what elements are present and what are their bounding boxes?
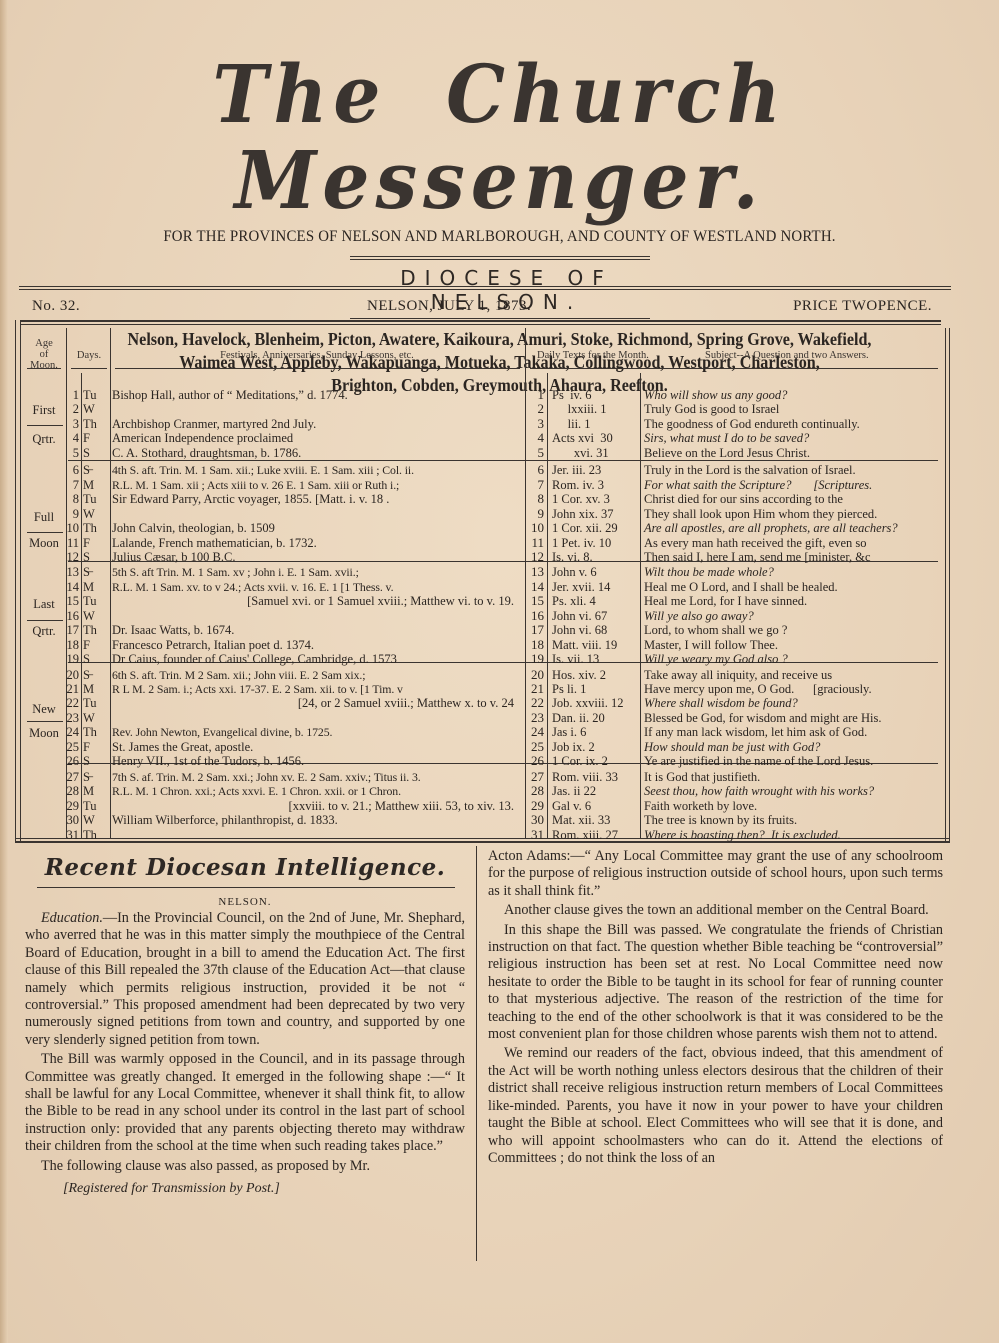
text-day-number: 10 [526,521,544,536]
day-of-week: W [83,813,107,828]
text-day-number: 17 [526,623,544,638]
scripture-reference: Jas i. 6 [552,725,644,740]
day-of-week: M [83,478,107,493]
header-text: Age [23,338,65,349]
day-of-week: W [83,711,107,726]
calendar-row: 30WWilliam Wilberforce, philanthropist, … [15,813,950,828]
text-day-number: 14 [526,580,544,595]
scripture-reference: xvi. 31 [552,446,644,461]
section-title: Recent Diocesan Intelligence. [25,854,465,881]
daily-text: How should man be just with God? [644,740,936,755]
day-of-week: Th [83,623,107,638]
day-number: 16 [61,609,79,624]
day-of-week: S̶ [83,565,107,580]
calendar-row: 14MR.L. M. 1 Sam. xv. to v 24.; Acts xvi… [15,580,950,595]
scripture-reference: Hos. xiv. 2 [552,668,644,683]
day-number: 29 [61,799,79,814]
calendar-row: 15Tu[Samuel xvi. or 1 Samuel xviii.; Mat… [15,594,950,609]
calendar-row: 12SJulius Cæsar, b 100 B.C.12Is. vi. 8.T… [15,550,950,565]
day-number: 26 [61,754,79,769]
text-day-number: 2 [526,402,544,417]
issue-number: No. 32. [32,298,80,315]
day-of-week: W [83,402,107,417]
daily-text: Faith worketh by love. [644,799,936,814]
calendar-row: 27S̶7th S. af. Trin. M. 2 Sam. xxi.; Joh… [15,770,950,785]
festival-entry: Archbishop Cranmer, martyred 2nd July. [112,417,522,432]
scripture-reference: Is. vii. 13 [552,652,644,667]
festival-entry: William Wilberforce, philanthropist, d. … [112,813,522,828]
title-word: Church [446,48,786,141]
festival-entry: Bishop Hall, author of “ Meditations,” d… [112,388,522,403]
calendar-row: 31Th31Rom. xiii. 27Where is boasting the… [15,828,950,843]
text-day-number: 8 [526,492,544,507]
daily-text: Who will show us any good? [644,388,936,403]
daily-text: Blessed be God, for wisdom and might are… [644,711,936,726]
text-day-number: 13 [526,565,544,580]
daily-text: The tree is known by its fruits. [644,813,936,828]
article-paragraph: The following clause was also passed, as… [25,1158,465,1175]
column-rule [476,846,477,1261]
text-day-number: 26 [526,754,544,769]
calendar-row: 7MR.L. M. 1 Sam. xii ; Acts xiii to v. 2… [15,478,950,493]
row-divider [27,368,61,369]
daily-text: Heal me O Lord, and I shall be healed. [644,580,936,595]
festival-entry: 5th S. aft Trin. M. 1 Sam. xv ; John i. … [112,565,522,580]
daily-text: Heal me Lord, for I have sinned. [644,594,936,609]
calendar-row: 10ThJohn Calvin, theologian, b. 1509101 … [15,521,950,536]
calendar-row: 23W23Dan. ii. 20Blessed be God, for wisd… [15,711,950,726]
daily-text: Truly God is good to Israel [644,402,936,417]
daily-text: Believe on the Lord Jesus Christ. [644,446,936,461]
scripture-reference: Job ix. 2 [552,740,644,755]
day-of-week: S̶ [83,770,107,785]
festival-entry: John Calvin, theologian, b. 1509 [112,521,522,536]
day-of-week: Tu [83,388,107,403]
text-day-number: 9 [526,507,544,522]
day-number: 24 [61,725,79,740]
day-number: 21 [61,682,79,697]
day-number: 11 [61,536,79,551]
daily-text: Christ died for our sins according to th… [644,492,936,507]
article-left-column: Recent Diocesan Intelligence. NELSON. Ed… [25,846,465,1197]
daily-text: As every man hath received the gift, eve… [644,536,936,551]
scripture-reference: 1 Cor. ix. 2 [552,754,644,769]
provinces-line: FOR THE PROVINCES OF NELSON AND MARLBORO… [20,228,979,246]
dateline: No. 32. NELSON, JULY 1, 1873. PRICE TWOP… [32,298,932,320]
festival-entry: 7th S. af. Trin. M. 2 Sam. xxi.; John xv… [112,770,522,785]
day-of-week: S [83,550,107,565]
day-of-week: F [83,740,107,755]
calendar-row: 28MR.L. M. 1 Chron. xxi.; Acts xxvi. E. … [15,784,950,799]
daily-text: Seest thou, how faith wrought with his w… [644,784,936,799]
scripture-reference: Acts xvi 30 [552,431,644,446]
divider [37,887,455,888]
daily-text: Have mercy upon me, O God. [graciously. [644,682,936,697]
calendar-row: 3ThArchbishop Cranmer, martyred 2nd July… [15,417,950,432]
scripture-reference: Gal v. 6 [552,799,644,814]
header-festivals: Festivals, Anniversaries, Sunday Lessons… [112,350,522,361]
calendar-row: 11FLalande, French mathematician, b. 173… [15,536,950,551]
calendar-row: 22Tu[24, or 2 Samuel xviii.; Matthew x. … [15,696,950,711]
day-of-week: F [83,638,107,653]
festival-entry: R.L. M. 1 Chron. xxi.; Acts xxvi. E. 1 C… [112,784,522,799]
article-right-column: Acton Adams:—“ Any Local Committee may g… [488,846,943,1167]
text-day-number: 19 [526,652,544,667]
paragraph-text: —In the Provincial Council, on the 2nd o… [25,910,465,1048]
postal-registration-note: [Registered for Transmission by Post.] [25,1181,465,1197]
row-divider [115,368,520,369]
header-daily-texts: Daily Texts for the Month. [537,350,697,361]
scripture-reference: John xix. 37 [552,507,644,522]
day-of-week: S [83,754,107,769]
scripture-reference: Ps li. 1 [552,682,644,697]
calendar-row: 26SHenry VII., 1st of the Tudors, b. 145… [15,754,950,769]
day-of-week: Tu [83,696,107,711]
day-number: 23 [61,711,79,726]
festival-entry: C. A. Stothard, draughtsman, b. 1786. [112,446,522,461]
daily-text: Take away all iniquity, and receive us [644,668,936,683]
scripture-reference: John vi. 68 [552,623,644,638]
day-of-week: S̶ [83,463,107,478]
calendar-row: 9W9John xix. 37They shall look upon Him … [15,507,950,522]
issue-price: PRICE TWOPENCE. [793,298,932,315]
scripture-reference: Dan. ii. 20 [552,711,644,726]
day-of-week: W [83,507,107,522]
festival-entry: St. James the Great, apostle. [112,740,522,755]
day-number: 25 [61,740,79,755]
text-day-number: 4 [526,431,544,446]
day-of-week: M [83,682,107,697]
calendar-row: 2W2 lxxiii. 1Truly God is good to Israel [15,402,950,417]
day-number: 12 [61,550,79,565]
calendar-row: 17ThDr. Isaac Watts, b. 1674.17John vi. … [15,623,950,638]
text-day-number: 16 [526,609,544,624]
text-day-number: 15 [526,594,544,609]
article-paragraph: Another clause gives the town an additio… [488,902,943,919]
day-number: 20 [61,668,79,683]
festival-entry: Rev. John Newton, Evangelical divine, b.… [112,725,522,740]
scripture-reference: 1 Cor. xv. 3 [552,492,644,507]
calendar-row: 13S̶5th S. aft Trin. M. 1 Sam. xv ; John… [15,565,950,580]
calendar-row: 4FAmerican Independence proclaimed4Acts … [15,431,950,446]
daily-text: Truly in the Lord is the salvation of Is… [644,463,936,478]
text-day-number: 7 [526,478,544,493]
day-of-week: S̶ [83,668,107,683]
daily-text: Master, I will follow Thee. [644,638,936,653]
calendar-row: 19SDr Caius, founder of Caius' College, … [15,652,950,667]
scripture-reference: 1 Pet. iv. 10 [552,536,644,551]
daily-text: Are all apostles, are all prophets, are … [644,521,936,536]
daily-text: They shall look upon Him whom they pierc… [644,507,936,522]
festival-entry: Lalande, French mathematician, b. 1732. [112,536,522,551]
day-number: 28 [61,784,79,799]
text-day-number: 22 [526,696,544,711]
festival-entry: Dr Caius, founder of Caius' College, Cam… [112,652,522,667]
text-day-number: 23 [526,711,544,726]
day-number: 7 [61,478,79,493]
scripture-reference: Job. xxviii. 12 [552,696,644,711]
daily-text: Where shall wisdom be found? [644,696,936,711]
daily-text: Lord, to whom shall we go ? [644,623,936,638]
text-day-number: 5 [526,446,544,461]
day-of-week: Th [83,725,107,740]
scripture-reference: Ps iv. 6 [552,388,644,403]
scripture-reference: lxxiii. 1 [552,402,644,417]
day-number: 14 [61,580,79,595]
newspaper-title: The Church Messenger. [0,52,999,225]
lead-word: Education. [41,910,103,926]
day-number: 10 [61,521,79,536]
festival-entry: [24, or 2 Samuel xviii.; Matthew x. to v… [112,696,522,711]
day-number: 5 [61,446,79,461]
text-day-number: 21 [526,682,544,697]
text-day-number: 11 [526,536,544,551]
daily-text: Wilt thou be made whole? [644,565,936,580]
calendar-row: 18FFrancesco Petrarch, Italian poet d. 1… [15,638,950,653]
calendar-row: 29Tu[xxviii. to v. 21.; Matthew xiii. 53… [15,799,950,814]
day-of-week: S [83,652,107,667]
day-number: 1 [61,388,79,403]
day-of-week: F [83,536,107,551]
day-number: 31 [61,828,79,843]
day-number: 4 [61,431,79,446]
day-of-week: Tu [83,492,107,507]
text-day-number: 25 [526,740,544,755]
scripture-reference: Jer. iii. 23 [552,463,644,478]
scripture-reference: Is. vi. 8. [552,550,644,565]
calendar-row: 8TuSir Edward Parry, Arctic voyager, 185… [15,492,950,507]
calendar-row: 24ThRev. John Newton, Evangelical divine… [15,725,950,740]
text-day-number: 3 [526,417,544,432]
text-day-number: 30 [526,813,544,828]
scripture-reference: Matt. viii. 19 [552,638,644,653]
section-subhead: NELSON. [25,896,465,908]
day-of-week: Th [83,417,107,432]
calendar-row: 5SC. A. Stothard, draughtsman, b. 1786.5… [15,446,950,461]
festival-entry: Henry VII., 1st of the Tudors, b. 1456. [112,754,522,769]
scripture-reference: John vi. 67 [552,609,644,624]
daily-text: It is God that justifieth. [644,770,936,785]
day-number: 8 [61,492,79,507]
title-word: The [212,48,386,141]
text-day-number: 20 [526,668,544,683]
header-subject: Subject--A Question and two Answers. [705,350,935,361]
festival-entry: Sir Edward Parry, Arctic voyager, 1855. … [112,492,522,507]
daily-text: Will ye also go away? [644,609,936,624]
article-paragraph: We remind our readers of the fact, obvio… [488,1045,943,1167]
day-of-week: Th [83,828,107,843]
text-day-number: 12 [526,550,544,565]
day-of-week: S [83,446,107,461]
festival-entry: R.L. M. 1 Sam. xii ; Acts xiii to v. 26 … [112,478,522,493]
festival-entry: R L M. 2 Sam. i.; Acts xxi. 17-37. E. 2 … [112,682,522,697]
text-day-number: 1 [526,388,544,403]
calendar-row: 1TuBishop Hall, author of “ Meditations,… [15,388,950,403]
text-day-number: 28 [526,784,544,799]
text-day-number: 27 [526,770,544,785]
day-number: 30 [61,813,79,828]
calendar-row: 20S̶6th S. aft. Trin. M 2 Sam. xii.; Joh… [15,668,950,683]
scripture-reference: lii. 1 [552,417,644,432]
issue-date: NELSON, JULY 1, 1873. [367,298,531,315]
calendar-row: 21MR L M. 2 Sam. i.; Acts xxi. 17-37. E.… [15,682,950,697]
day-of-week: Tu [83,594,107,609]
daily-text: Then said I, here I am, send me [ministe… [644,550,936,565]
row-divider [530,368,938,369]
scripture-reference: John v. 6 [552,565,644,580]
festival-entry: 6th S. aft. Trin. M 2 Sam. xii.; John vi… [112,668,522,683]
article-paragraph: The Bill was warmly opposed in the Counc… [25,1051,465,1155]
row-divider [71,368,107,369]
festival-entry: Dr. Isaac Watts, b. 1674. [112,623,522,638]
day-number: 15 [61,594,79,609]
header-text: of [23,349,65,360]
day-of-week: Th [83,521,107,536]
festival-entry: [Samuel xvi. or 1 Samuel xviii.; Matthew… [112,594,522,609]
day-number: 19 [61,652,79,667]
day-number: 13 [61,565,79,580]
text-day-number: 24 [526,725,544,740]
day-number: 2 [61,402,79,417]
text-day-number: 31 [526,828,544,843]
text-day-number: 29 [526,799,544,814]
scripture-reference: Ps. xli. 4 [552,594,644,609]
scripture-reference: 1 Cor. xii. 29 [552,521,644,536]
scripture-reference: Rom. xiii. 27 [552,828,644,843]
header-text: Moon. [23,360,65,371]
table-border [21,320,941,325]
header-days: Days. [67,350,111,361]
day-number: 9 [61,507,79,522]
day-number: 22 [61,696,79,711]
calendar-row: 6S̶4th S. aft. Trin. M. 1 Sam. xii.; Luk… [15,463,950,478]
daily-text: The goodness of God endureth continually… [644,417,936,432]
article-paragraph: Acton Adams:—“ Any Local Committee may g… [488,848,943,900]
text-day-number: 18 [526,638,544,653]
calendar-row: 25FSt. James the Great, apostle.25Job ix… [15,740,950,755]
calendar-table: Age of Moon. Days. Festivals, Anniversar… [15,320,950,843]
divider [19,286,951,290]
scripture-reference: Rom. viii. 33 [552,770,644,785]
daily-text: For what saith the Scripture? [Scripture… [644,478,936,493]
scripture-reference: Mat. xii. 33 [552,813,644,828]
daily-text: Will ye weary my God also ? [644,652,936,667]
scripture-reference: Jer. xvii. 14 [552,580,644,595]
scripture-reference: Rom. iv. 3 [552,478,644,493]
day-number: 18 [61,638,79,653]
text-day-number: 6 [526,463,544,478]
festival-entry: Francesco Petrarch, Italian poet d. 1374… [112,638,522,653]
festival-entry: 4th S. aft. Trin. M. 1 Sam. xii.; Luke x… [112,463,522,478]
day-of-week: W [83,609,107,624]
header-age-of-moon: Age of Moon. [23,338,65,371]
calendar-row: 16W16John vi. 67Will ye also go away? [15,609,950,624]
article-paragraph: Education.—In the Provincial Council, on… [25,910,465,1049]
day-of-week: M [83,784,107,799]
daily-text: If any man lack wisdom, let him ask of G… [644,725,936,740]
day-of-week: M [83,580,107,595]
scripture-reference: Jas. ii 22 [552,784,644,799]
daily-text: Sirs, what must I do to be saved? [644,431,936,446]
festival-entry: [xxviii. to v. 21.; Matthew xiii. 53, to… [112,799,522,814]
day-number: 27 [61,770,79,785]
day-number: 6 [61,463,79,478]
day-number: 3 [61,417,79,432]
festival-entry: American Independence proclaimed [112,431,522,446]
festival-entry: Julius Cæsar, b 100 B.C. [112,550,522,565]
daily-text: Ye are justified in the name of the Lord… [644,754,936,769]
day-number: 17 [61,623,79,638]
day-of-week: F [83,431,107,446]
article-paragraph: In this shape the Bill was passed. We co… [488,922,943,1044]
day-of-week: Tu [83,799,107,814]
title-word: Messenger. [235,135,765,228]
festival-entry: R.L. M. 1 Sam. xv. to v 24.; Acts xvii. … [112,580,522,595]
daily-text: Where is boasting then? It is excluded. [644,828,936,843]
